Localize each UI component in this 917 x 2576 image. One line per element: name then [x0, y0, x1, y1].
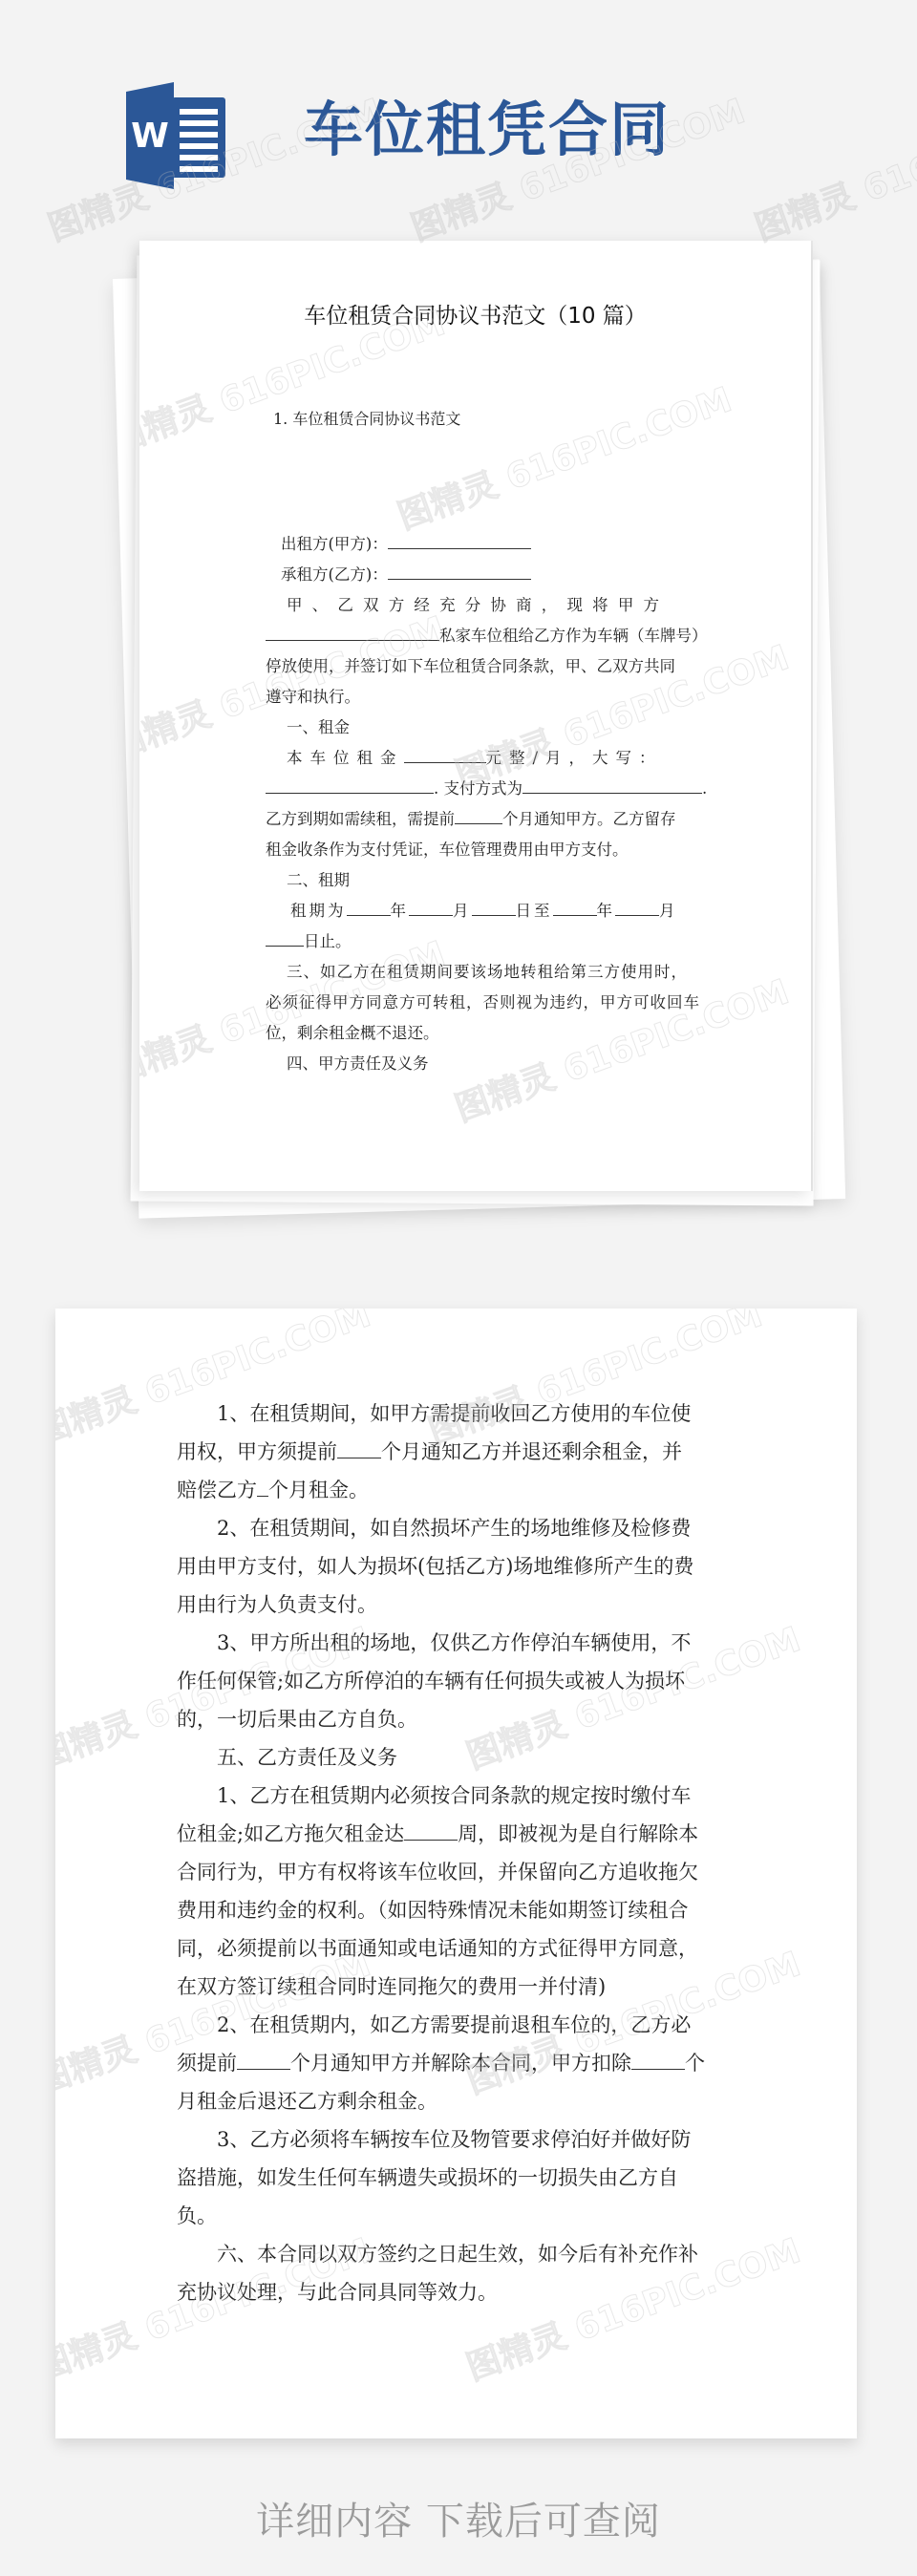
paragraph-line: 3、甲方所出租的场地，仅供乙方作停泊车辆使用，不	[177, 1624, 731, 1662]
paragraph-line: 在双方签订续租合同时连同拖欠的费用一并付清)	[177, 1968, 731, 2006]
word-document-icon: W	[126, 82, 229, 189]
day-to-unit: 日至	[516, 902, 553, 920]
end-month-blank	[615, 896, 659, 916]
paragraph-line: 月租金后退还乙方剩余租金。	[177, 2082, 731, 2120]
paragraph-line: 个月租金。	[268, 1479, 369, 1501]
lessee-label: 承租方(乙方)：	[281, 565, 388, 584]
rent-amount-blank	[404, 743, 486, 763]
rent-label: 本车位租金	[287, 749, 404, 767]
lessor-blank	[388, 529, 531, 549]
advance-notice-blank	[237, 2046, 290, 2070]
paragraph-line: 须提前	[177, 2052, 237, 2075]
paragraph-line: 周，即被视为是自行解除本	[458, 1822, 698, 1845]
month-unit: 月	[659, 902, 678, 920]
paragraph-line: 负。	[177, 2197, 731, 2235]
payment-method-label: . 支付方式为	[434, 779, 522, 798]
paragraph-line: 用权，甲方须提前	[177, 1440, 337, 1463]
contract-body-page-1: 出租方(甲方)： 承租方(乙方)：	[281, 529, 665, 590]
sublease-clause: 必须征得甲方同意方可转租，否则视为违约，甲方可收回车	[266, 988, 665, 1018]
paragraph-line: 盗措施，如发生任何车辆遗失或损坏的一切损失由乙方自	[177, 2159, 731, 2197]
paragraph-line: 充协议处理，与此合同具同等效力。	[177, 2273, 731, 2311]
document-page-1: 车位租赁合同协议书范文（10 篇） 1. 车位租赁合同协议书范文 出租方(甲方)…	[139, 241, 811, 1191]
start-year-blank	[347, 896, 391, 916]
watermark: 图精灵 616PIC.COM	[390, 373, 737, 540]
section-heading: 1. 车位租赁合同协议书范文	[273, 407, 460, 429]
deduction-months-blank	[631, 2046, 685, 2070]
section-heading: 五、乙方责任及义务	[177, 1738, 731, 1777]
term-end-text: 日止。	[304, 932, 352, 950]
rent-uppercase-blank	[266, 774, 434, 794]
start-month-blank	[409, 896, 453, 916]
intro-line: 私家车位租给乙方作为车辆（车牌号）	[439, 627, 708, 645]
year-unit: 年	[391, 902, 410, 920]
start-day-blank	[472, 896, 516, 916]
lessor-label: 出租方(甲方)：	[281, 535, 388, 553]
paragraph-line: 2、在租赁期内，如乙方需要提前退租车位的，乙方必	[177, 2006, 731, 2044]
intro-line: 停放使用，并签订如下车位租赁合同条款，甲、乙双方共同	[266, 651, 665, 682]
svg-text:W: W	[131, 117, 169, 156]
paragraph-line: 用由行为人负责支付。	[177, 1586, 731, 1624]
overdue-weeks-blank	[404, 1817, 458, 1841]
section-heading: 一、租金	[266, 713, 665, 743]
compensation-months-blank	[257, 1473, 268, 1497]
document-page-2: 1、在租赁期间，如甲方需提前收回乙方使用的车位使 用权，甲方须提前个月通知乙方并…	[55, 1309, 857, 2438]
paragraph-line: 个	[685, 2052, 705, 2075]
paragraph-line: 费用和违约金的权利。（如因特殊情况未能如期签订续租合	[177, 1891, 731, 1929]
paragraph-line: 2、在租赁期间，如自然损坏产生的场地维修及检修费	[177, 1509, 731, 1547]
sublease-clause: 三、如乙方在租赁期间要该场地转租给第三方使用时，	[266, 957, 665, 988]
paragraph-line: 1、在租赁期间，如甲方需提前收回乙方使用的车位使	[177, 1394, 731, 1433]
section-heading: 四、甲方责任及义务	[266, 1049, 665, 1079]
period: .	[702, 779, 707, 798]
end-year-blank	[553, 896, 597, 916]
section-heading: 二、租期	[266, 865, 665, 896]
paragraph-line: 六、本合同以双方签约之日起生效，如今后有补充作补	[177, 2235, 731, 2273]
year-unit: 年	[597, 902, 616, 920]
paragraph-line: 1、乙方在租赁期内必须按合同条款的规定按时缴付车	[177, 1777, 731, 1815]
paragraph-line: 合同行为，甲方有权将该车位收回，并保留向乙方追收拖欠	[177, 1853, 731, 1891]
download-hint: 详细内容 下载后可查阅	[0, 2495, 917, 2548]
section-rent: 一、租金 本车位租金元整/月，大写： . 支付方式为. 乙方到期如需续租，需提前…	[266, 713, 665, 865]
lessee-blank	[388, 560, 531, 580]
paragraph-line: 个月通知甲方并解除本合同，甲方扣除	[290, 2052, 631, 2075]
renewal-months-blank	[455, 804, 502, 824]
receipt-text: 租金收条作为支付凭证，车位管理费用由甲方支付。	[266, 835, 665, 865]
header: W 车位租凭合同	[0, 0, 917, 229]
intro-paragraph: 甲、乙双方经充分协商，现将甲方 私家车位租给乙方作为车辆（车牌号） 停放使用，并…	[266, 590, 665, 713]
rent-unit-label: 元整/月，大写：	[486, 749, 663, 767]
paragraph-line: 个月通知乙方并退还剩余租金，并	[381, 1440, 682, 1463]
intro-line: 甲、乙双方经充分协商，现将甲方	[266, 590, 665, 621]
payment-method-blank	[522, 774, 702, 794]
renewal-text: 乙方到期如需续租，需提前	[266, 810, 455, 828]
paragraph-line: 的，一切后果由乙方自负。	[177, 1700, 731, 1738]
intro-line: 遵守和执行。	[266, 682, 665, 713]
contract-body-page-2: 1、在租赁期间，如甲方需提前收回乙方使用的车位使 用权，甲方须提前个月通知乙方并…	[177, 1394, 731, 2311]
paragraph-line: 用由甲方支付，如人为损坏(包括乙方)场地维修所产生的费	[177, 1547, 731, 1586]
paragraph-line: 位租金;如乙方拖欠租金达	[177, 1822, 404, 1845]
paragraph-line: 3、乙方必须将车辆按车位及物管要求停泊好并做好防	[177, 2120, 731, 2159]
section-term: 二、租期 租期为年月日至年月 日止。 三、如乙方在租赁期间要该场地转租给第三方使…	[266, 865, 665, 1079]
paragraph-line: 同，必须提前以书面通知或电话通知的方式征得甲方同意，	[177, 1929, 731, 1968]
paragraph-line: 作任何保管;如乙方所停泊的车辆有任何损失或被人为损坏	[177, 1662, 731, 1700]
document-title: 车位租赁合同协议书范文（10 篇）	[139, 298, 811, 330]
end-day-blank	[266, 926, 304, 947]
sublease-clause: 位，剩余租金概不退还。	[266, 1018, 665, 1049]
paragraph-line: 赔偿乙方	[177, 1479, 257, 1501]
term-label: 租期为	[290, 902, 347, 920]
header-title: 车位租凭合同	[304, 92, 671, 168]
month-unit: 月	[453, 902, 472, 920]
renewal-text: 个月通知甲方。乙方留存	[502, 810, 676, 828]
notice-months-blank	[337, 1435, 381, 1458]
lessor-name-blank	[266, 621, 439, 641]
